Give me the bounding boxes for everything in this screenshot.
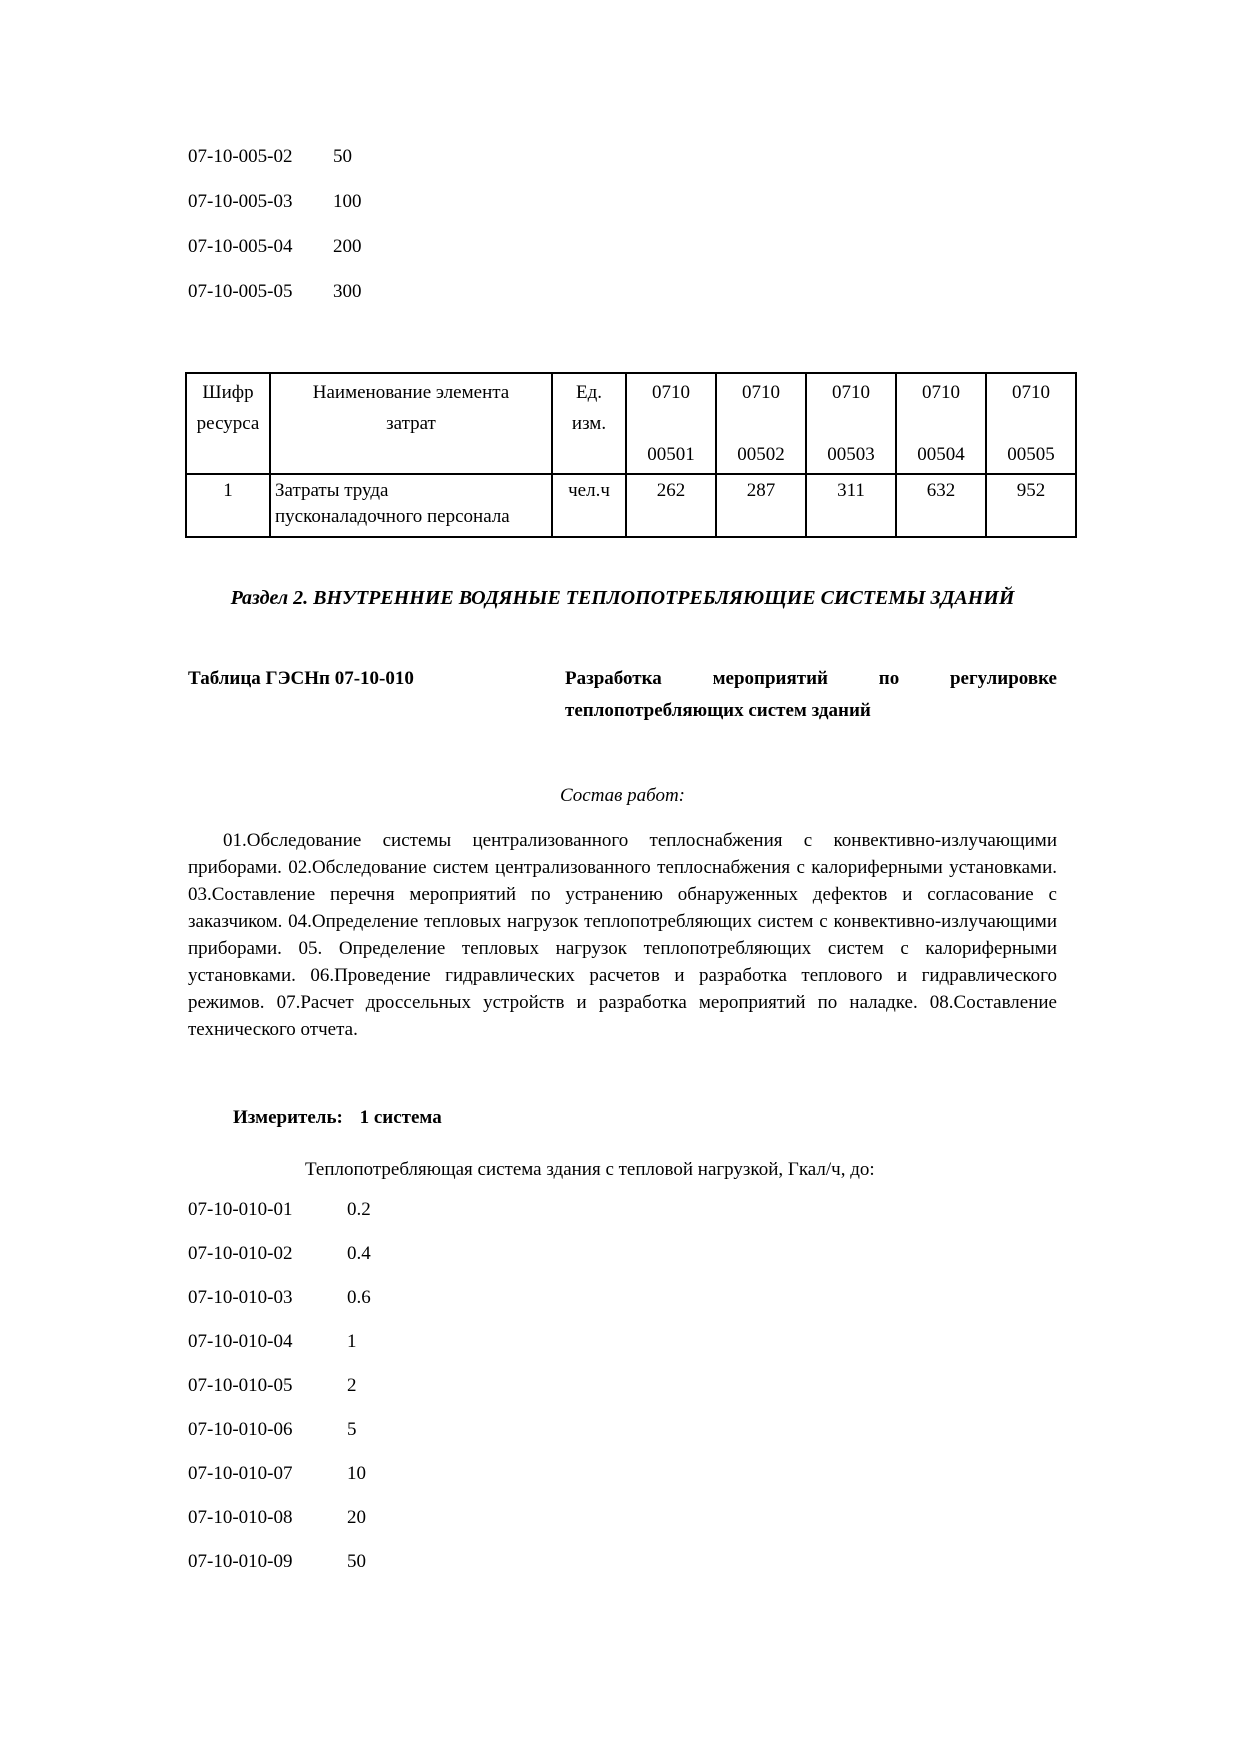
capacity-value: 20 xyxy=(347,1507,366,1529)
unit-value: чел.ч xyxy=(552,474,626,537)
header-line: изм. xyxy=(557,408,621,439)
table-reference: Таблица ГЭСНп 07-10-010 Разработка мероп… xyxy=(188,663,1057,727)
cost-element-line: пусконаладочного персонала xyxy=(275,504,547,530)
norm-code-row: 07-10-005-02 50 xyxy=(188,146,1057,191)
header-norm-code: 0710 00505 xyxy=(986,373,1076,474)
norm-code-bottom: 00504 xyxy=(901,439,981,470)
norm-code: 07-10-010-05 xyxy=(188,1375,347,1397)
capacity-value: 0.2 xyxy=(347,1199,371,1221)
cost-element-name: Затраты труда пусконаладочного персонала xyxy=(270,474,552,537)
norm-code-list-005: 07-10-005-02 50 07-10-005-03 100 07-10-0… xyxy=(188,146,1057,326)
header-element-name: Наименование элемента затрат xyxy=(270,373,552,474)
norm-code: 07-10-005-02 xyxy=(188,146,333,168)
capacity-value: 10 xyxy=(347,1463,366,1485)
works-composition-heading: Состав работ: xyxy=(188,783,1057,809)
header-norm-code: 0710 00504 xyxy=(896,373,986,474)
norm-code-top: 0710 xyxy=(721,377,801,408)
norm-code-list-010: 07-10-010-01 0.2 07-10-010-02 0.4 07-10-… xyxy=(188,1199,1057,1595)
header-resource-code: Шифр ресурса xyxy=(186,373,270,474)
norm-code-row: 07-10-010-02 0.4 xyxy=(188,1243,1057,1287)
table-number: Таблица ГЭСНп 07-10-010 xyxy=(188,663,565,727)
meter-line: Измеритель: 1 система xyxy=(233,1105,1057,1131)
norm-code-row: 07-10-010-07 10 xyxy=(188,1463,1057,1507)
capacity-value: 50 xyxy=(347,1551,366,1573)
capacity-value: 0.4 xyxy=(347,1243,371,1265)
header-norm-code: 0710 00502 xyxy=(716,373,806,474)
header-line: Ед. xyxy=(557,377,621,408)
capacity-value: 100 xyxy=(333,191,362,213)
norm-code-row: 07-10-010-06 5 xyxy=(188,1419,1057,1463)
norm-code-row: 07-10-010-01 0.2 xyxy=(188,1199,1057,1243)
load-capacity-note: Теплопотребляющая система здания с тепло… xyxy=(305,1157,1057,1183)
capacity-value: 50 xyxy=(333,146,352,168)
labor-value: 262 xyxy=(626,474,716,537)
norm-code-row: 07-10-010-08 20 xyxy=(188,1507,1057,1551)
header-line: Наименование элемента xyxy=(275,377,547,408)
capacity-value: 200 xyxy=(333,236,362,258)
row-number: 1 xyxy=(186,474,270,537)
norm-code-top: 0710 xyxy=(811,377,891,408)
capacity-value: 5 xyxy=(347,1419,357,1441)
capacity-value: 1 xyxy=(347,1331,357,1353)
header-norm-code: 0710 00503 xyxy=(806,373,896,474)
meter-label: Измеритель: xyxy=(233,1107,343,1128)
capacity-value: 0.6 xyxy=(347,1287,371,1309)
norm-code: 07-10-010-06 xyxy=(188,1419,347,1441)
cost-element-line: Затраты труда xyxy=(275,478,547,504)
norm-code-row: 07-10-010-04 1 xyxy=(188,1331,1057,1375)
norm-code: 07-10-005-04 xyxy=(188,236,333,258)
norm-code: 07-10-010-02 xyxy=(188,1243,347,1265)
norm-code-row: 07-10-005-03 100 xyxy=(188,191,1057,236)
norm-code: 07-10-005-03 xyxy=(188,191,333,213)
section-heading: Раздел 2. ВНУТРЕННИЕ ВОДЯНЫЕ ТЕПЛОПОТРЕБ… xyxy=(188,585,1057,611)
table-title: Разработка мероприятий по регулировке те… xyxy=(565,663,1057,727)
capacity-value: 300 xyxy=(333,281,362,303)
norm-code: 07-10-010-08 xyxy=(188,1507,347,1529)
norm-code-bottom: 00505 xyxy=(991,439,1071,470)
norm-code: 07-10-010-01 xyxy=(188,1199,347,1221)
norm-code-row: 07-10-010-03 0.6 xyxy=(188,1287,1057,1331)
labor-value: 952 xyxy=(986,474,1076,537)
document-page: 07-10-005-02 50 07-10-005-03 100 07-10-0… xyxy=(0,0,1240,1755)
norm-code-top: 0710 xyxy=(631,377,711,408)
resource-table: Шифр ресурса Наименование элемента затра… xyxy=(185,372,1077,538)
norm-code-top: 0710 xyxy=(901,377,981,408)
labor-value: 287 xyxy=(716,474,806,537)
norm-code-bottom: 00502 xyxy=(721,439,801,470)
norm-code-bottom: 00501 xyxy=(631,439,711,470)
header-norm-code: 0710 00501 xyxy=(626,373,716,474)
meter-value: 1 система xyxy=(360,1107,442,1128)
header-unit: Ед. изм. xyxy=(552,373,626,474)
norm-code-row: 07-10-010-09 50 xyxy=(188,1551,1057,1595)
norm-code-top: 0710 xyxy=(991,377,1071,408)
norm-code: 07-10-010-03 xyxy=(188,1287,347,1309)
norm-code-row: 07-10-010-05 2 xyxy=(188,1375,1057,1419)
labor-value: 311 xyxy=(806,474,896,537)
norm-code: 07-10-005-05 xyxy=(188,281,333,303)
table-row: 1 Затраты труда пусконаладочного персона… xyxy=(186,474,1076,537)
labor-value: 632 xyxy=(896,474,986,537)
norm-code-row: 07-10-005-04 200 xyxy=(188,236,1057,281)
norm-code-bottom: 00503 xyxy=(811,439,891,470)
works-composition-text: 01.Обследование системы централизованног… xyxy=(188,827,1057,1043)
norm-code: 07-10-010-09 xyxy=(188,1551,347,1573)
header-line: затрат xyxy=(275,408,547,439)
norm-code: 07-10-010-07 xyxy=(188,1463,347,1485)
header-line: ресурса xyxy=(191,408,265,439)
norm-code-row: 07-10-005-05 300 xyxy=(188,281,1057,326)
header-line: Шифр xyxy=(191,377,265,408)
norm-code: 07-10-010-04 xyxy=(188,1331,347,1353)
table-header-row: Шифр ресурса Наименование элемента затра… xyxy=(186,373,1076,474)
capacity-value: 2 xyxy=(347,1375,357,1397)
